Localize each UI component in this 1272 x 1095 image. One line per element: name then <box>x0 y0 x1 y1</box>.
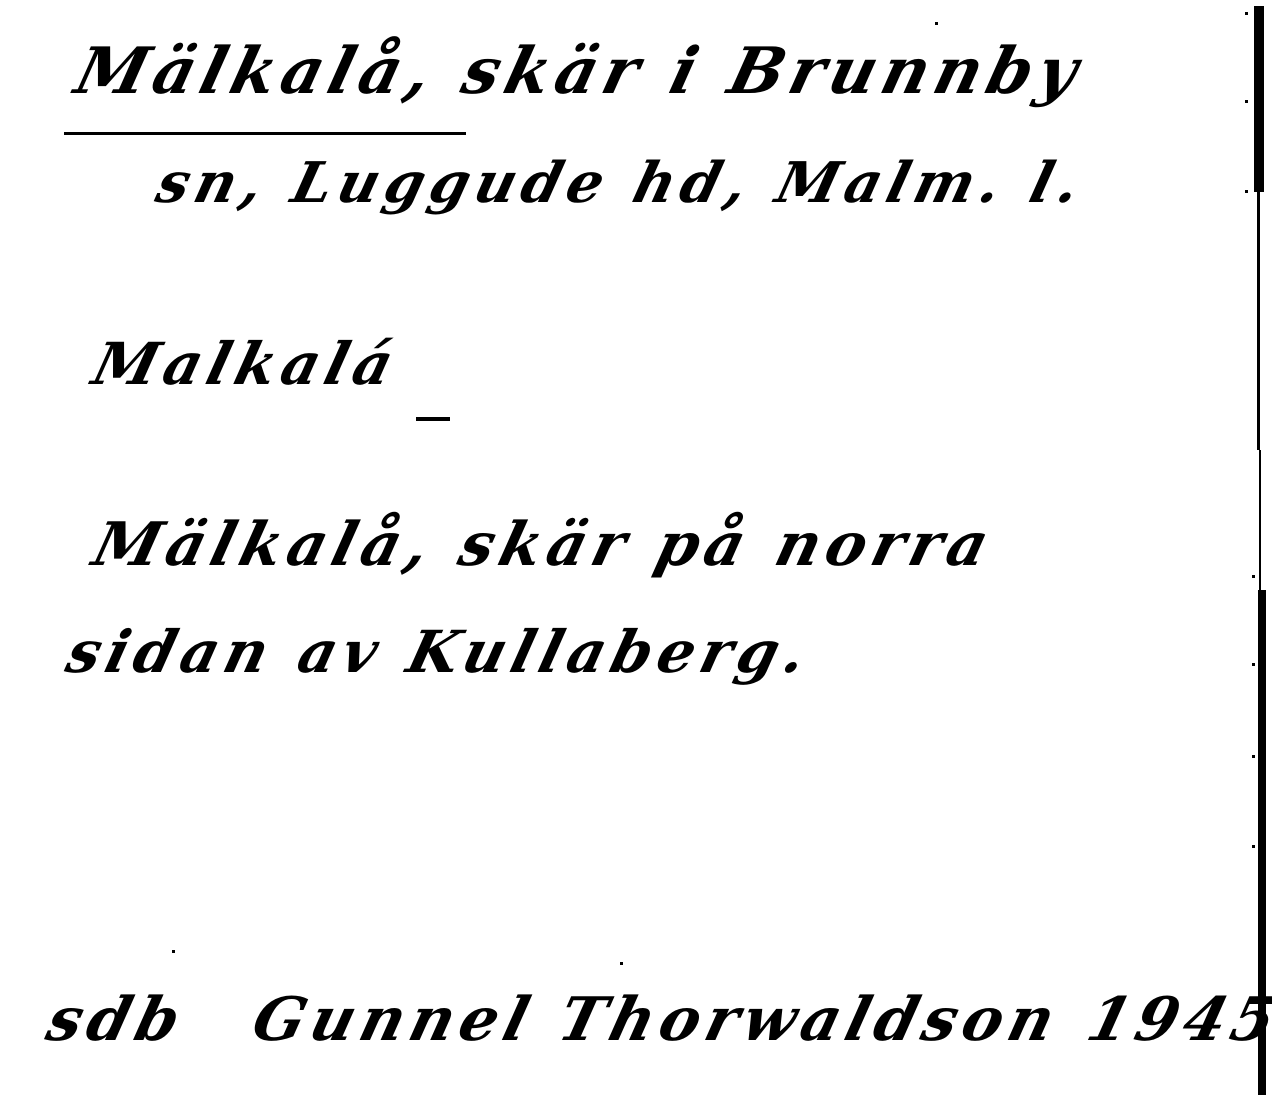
entry-2-line-1: Mälkalå, skär på norra <box>86 510 1002 580</box>
card-edge-border-thin <box>1257 190 1260 450</box>
pronunciation-line: Malkalá <box>86 330 406 398</box>
record-card: Mälkalå, skär i Brunnby sn, Luggude hd, … <box>0 0 1272 1095</box>
scan-speck <box>1245 100 1248 103</box>
scan-speck <box>1245 12 1248 15</box>
headword-2: Mälkalå <box>86 510 416 580</box>
signature-name: Gunnel Thorwaldson <box>246 985 1068 1055</box>
scan-speck <box>620 962 623 965</box>
entry-1-line-1: Mälkalå, skär i Brunnby <box>68 34 1091 109</box>
signature-line: sdbGunnel Thorwaldson1945. <box>40 985 1272 1055</box>
signature-year: 1945. <box>1080 985 1272 1055</box>
card-edge-border-mid <box>1259 450 1261 590</box>
stress-underline <box>416 417 450 421</box>
entry-2-description: , skär på norra <box>398 510 1001 580</box>
scan-speck <box>1252 663 1255 666</box>
entry-1-line-2: sn, Luggude hd, Malm. l. <box>150 150 1093 216</box>
card-edge-border-bottom <box>1258 590 1266 1095</box>
signature-prefix: sdb <box>40 985 193 1055</box>
scan-speck <box>1252 845 1255 848</box>
scan-speck <box>1252 575 1255 578</box>
card-edge-border-top <box>1254 6 1264 192</box>
entry-1-description: , skär i Brunnby <box>398 34 1091 109</box>
scan-speck <box>935 22 938 25</box>
scan-speck <box>172 950 175 953</box>
headword: Mälkalå <box>68 34 417 109</box>
entry-2-line-2: sidan av Kullaberg. <box>60 618 819 686</box>
scan-speck <box>1245 190 1248 193</box>
headword-underline <box>64 132 466 135</box>
scan-speck <box>1252 755 1255 758</box>
